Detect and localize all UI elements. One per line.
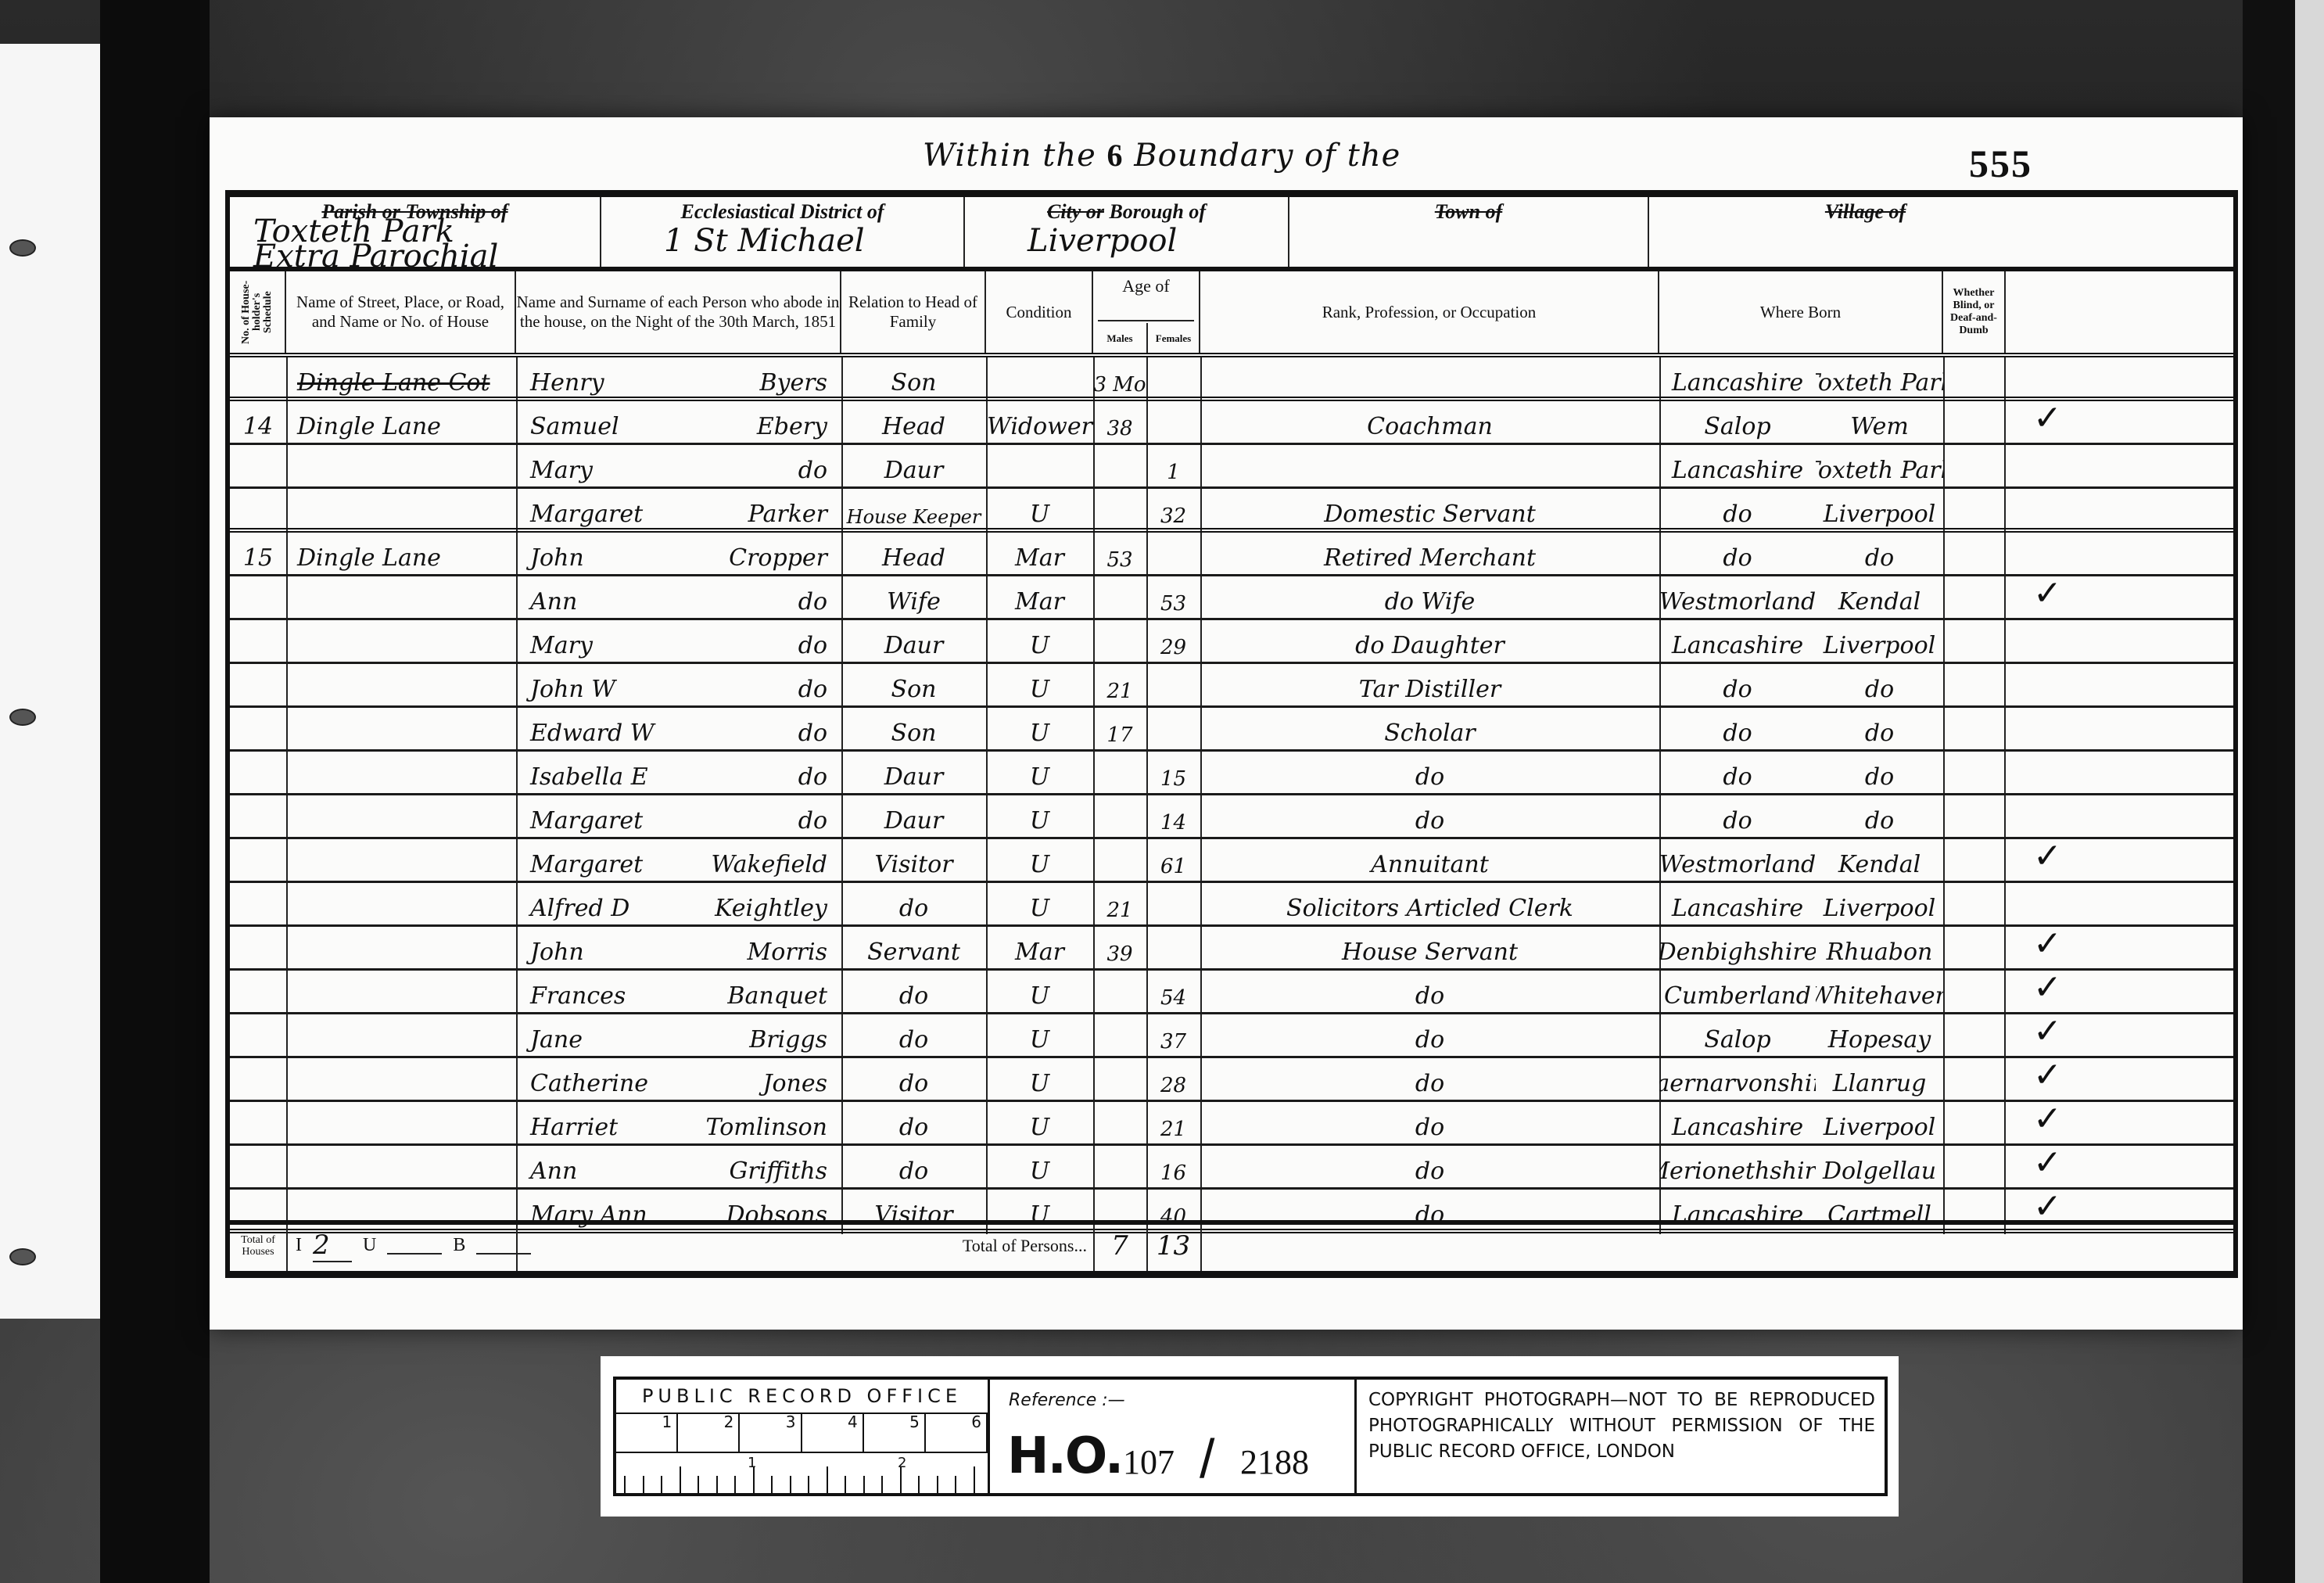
scale-number: 4 (802, 1412, 864, 1452)
cell-born-place: do (1816, 664, 1943, 708)
cell-born-county: do (1659, 664, 1816, 708)
table-row: MargaretdoDaurU14dododo (230, 795, 2233, 839)
table-row: JohnMorrisServantMar39House ServantDenbi… (230, 927, 2233, 971)
place-header: Parish or Township of Toxteth Park Extra… (230, 197, 2233, 271)
given-names: John (530, 939, 584, 966)
boundary-number: 6 (1107, 138, 1124, 173)
cell-male-age: 39 (1093, 927, 1146, 971)
cell-male-age: 53 (1093, 533, 1146, 576)
cell-born-place: Kendal (1816, 839, 1943, 883)
surname: Morris (748, 939, 827, 966)
cell-relation: do (841, 971, 986, 1014)
cell-condition: U (986, 620, 1093, 664)
ruler-label: 1 (748, 1455, 756, 1471)
surname: Cropper (729, 544, 827, 572)
table-row: AnndoWifeMar53do WifeWestmorlandKendal (230, 576, 2233, 620)
scale-number: 5 (864, 1412, 926, 1452)
ruler-tick (808, 1476, 809, 1493)
ruler-tick (661, 1476, 662, 1493)
cell-born-place: Whitehaven (1816, 971, 1943, 1014)
cell-schedule (230, 883, 286, 927)
surname: Ebery (757, 413, 827, 440)
table-row: MarydoDaurU29do DaughterLancashireLiverp… (230, 620, 2233, 664)
table-row: Isabella EdoDaurU15dododo (230, 752, 2233, 795)
cell-condition: U (986, 839, 1093, 883)
col-where-born: Where Born (1659, 271, 1943, 353)
table-row: JaneBriggsdoU37doSalopHopesay (230, 1014, 2233, 1058)
reference-code: H.O. (1007, 1427, 1122, 1485)
building-prefix: B (453, 1235, 465, 1256)
cell-occupation: do (1200, 971, 1659, 1014)
ecclesiastical-label: Ecclesiastical District of (601, 200, 963, 224)
ruler-tick (881, 1476, 883, 1493)
cell-schedule (230, 357, 286, 401)
cell-street (286, 708, 516, 752)
surname: Keightley (715, 895, 827, 922)
cell-female-age: 16 (1146, 1146, 1200, 1190)
cell-born-county: Caernarvonshire (1659, 1058, 1816, 1102)
cell-blind (1943, 1146, 2004, 1190)
ruler-tick (918, 1476, 920, 1493)
cell-born-county: Lancashire (1659, 1102, 1816, 1146)
cell-schedule (230, 971, 286, 1014)
cell-born-county: Merionethshire (1659, 1146, 1816, 1190)
col-females: Females (1146, 323, 1200, 353)
surname: Tomlinson (706, 1114, 827, 1141)
cell-name: JohnMorris (516, 927, 841, 971)
cell-occupation: do (1200, 1146, 1659, 1190)
cell-street (286, 620, 516, 664)
cell-street: Dingle Lane (286, 533, 516, 576)
punch-hole-icon (9, 239, 36, 257)
surname: Jones (762, 1070, 827, 1097)
cell-schedule (230, 1146, 286, 1190)
cell-born-county: Salop (1659, 1014, 1816, 1058)
cell-relation: House Keeper (841, 489, 986, 533)
uninhabited-prefix: U (363, 1235, 376, 1256)
cell-born-county: Denbighshire (1659, 927, 1816, 971)
col-relation: Relation to Head of Family (841, 271, 986, 353)
cell-schedule (230, 620, 286, 664)
cell-condition: Mar (986, 533, 1093, 576)
col-divider (286, 1225, 288, 1271)
binding-shadow (100, 0, 210, 1583)
given-names: John W (530, 676, 615, 703)
surname: Banquet (727, 982, 827, 1010)
col-divider (1200, 1225, 1202, 1271)
cell-born-county: do (1659, 489, 1816, 533)
ruler-tick (845, 1476, 846, 1493)
cell-female-age: 53 (1146, 576, 1200, 620)
cell-male-age (1093, 489, 1146, 533)
heading-text-end: Boundary of the (1134, 138, 1400, 174)
table-row: FrancesBanquetdoU54doCumberlandWhitehave… (230, 971, 2233, 1014)
cell-condition: U (986, 708, 1093, 752)
check-mark-icon: ✓ (2033, 1186, 2062, 1226)
cell-born-place: Liverpool (1816, 489, 1943, 533)
col-schedule-label: No. of House-holder's Schedule (241, 271, 274, 353)
surname: do (798, 763, 827, 791)
cell-occupation (1200, 357, 1659, 401)
cell-name: John Wdo (516, 664, 841, 708)
cell-born-place: Toxteth Park (1816, 445, 1943, 489)
check-mark-icon: ✓ (2033, 398, 2062, 438)
cell-born-place: Kendal (1816, 576, 1943, 620)
cell-male-age (1093, 971, 1146, 1014)
cell-female-age: 14 (1146, 795, 1200, 839)
record-office-stamp: PUBLIC RECORD OFFICE 123456 12 Reference… (601, 1356, 1899, 1517)
reference-series: 107 (1123, 1442, 1175, 1482)
cell-born-place: Wem (1816, 401, 1943, 445)
cell-street (286, 1014, 516, 1058)
cell-relation: Daur (841, 620, 986, 664)
census-table: Parish or Township of Toxteth Park Extra… (225, 190, 2238, 1278)
cell-street (286, 971, 516, 1014)
check-mark-icon: ✓ (2033, 573, 2062, 613)
cell-name: FrancesBanquet (516, 971, 841, 1014)
surname: Wakefield (711, 851, 827, 878)
given-names: Isabella E (530, 763, 648, 791)
cell-relation: Head (841, 401, 986, 445)
given-names: Edward W (530, 720, 655, 747)
surname: Parker (748, 501, 827, 528)
cell-condition: U (986, 971, 1093, 1014)
cell-schedule (230, 1014, 286, 1058)
borough-value: Liverpool (1028, 228, 1280, 253)
house-counts: I 2 U B (296, 1225, 515, 1266)
scale-number: 6 (926, 1412, 988, 1452)
cell-condition (986, 357, 1093, 401)
cell-blind (1943, 839, 2004, 883)
cell-condition: U (986, 489, 1093, 533)
cell-occupation: do Wife (1200, 576, 1659, 620)
cell-male-age (1093, 752, 1146, 795)
parish-cell: Parish or Township of Toxteth Park Extra… (230, 197, 601, 267)
cell-occupation (1200, 445, 1659, 489)
scale-number: 2 (678, 1412, 740, 1452)
given-names: Samuel (530, 413, 619, 440)
borough-label: City or Borough of (965, 200, 1288, 224)
cell-blind (1943, 576, 2004, 620)
cell-born-county: Westmorland (1659, 839, 1816, 883)
ruler-tick (863, 1476, 865, 1493)
col-age: Age of Males Females (1093, 271, 1200, 353)
cell-female-age: 21 (1146, 1102, 1200, 1146)
given-names: Jane (530, 1026, 583, 1054)
col-blind-label: Whether Blind, or Deaf-and-Dumb (1943, 271, 2006, 353)
cell-male-age (1093, 839, 1146, 883)
cell-name: Marydo (516, 445, 841, 489)
cell-condition: U (986, 752, 1093, 795)
cell-occupation: House Servant (1200, 927, 1659, 971)
cell-male-age: 3 Mo (1093, 357, 1146, 401)
punch-hole-icon (9, 709, 36, 726)
cell-blind (1943, 445, 2004, 489)
cell-female-age: 28 (1146, 1058, 1200, 1102)
cell-female-age: 61 (1146, 839, 1200, 883)
cell-street: Dingle Lane (286, 401, 516, 445)
col-street: Name of Street, Place, or Road, and Name… (286, 271, 516, 353)
scale-number: 1 (616, 1412, 678, 1452)
cell-street (286, 927, 516, 971)
cell-blind (1943, 708, 2004, 752)
cell-schedule (230, 664, 286, 708)
cell-occupation: Domestic Servant (1200, 489, 1659, 533)
cell-name: MargaretWakefield (516, 839, 841, 883)
cell-blind (1943, 664, 2004, 708)
cell-schedule (230, 489, 286, 533)
right-page-edge (2295, 0, 2324, 1583)
ruler-tick (716, 1476, 718, 1493)
cell-relation: Son (841, 708, 986, 752)
check-mark-icon: ✓ (2033, 1011, 2062, 1051)
boundary-heading: Within the 6 Boundary of the (923, 137, 1400, 174)
cell-relation: Wife (841, 576, 986, 620)
cell-schedule: 15 (230, 533, 286, 576)
cell-relation: do (841, 1102, 986, 1146)
scale-number: 3 (740, 1412, 802, 1452)
col-name: Name and Surname of each Person who abod… (516, 271, 841, 353)
borough-label-text: Borough of (1109, 200, 1206, 223)
cell-born-place: do (1816, 795, 1943, 839)
cell-relation: do (841, 1146, 986, 1190)
cell-male-age (1093, 620, 1146, 664)
totals-row: Total of Houses I 2 U B Total of Persons… (230, 1220, 2233, 1271)
cell-born-place: Liverpool (1816, 620, 1943, 664)
ruler-tick (680, 1466, 681, 1493)
cell-born-county: Westmorland (1659, 576, 1816, 620)
cell-female-age (1146, 927, 1200, 971)
age-rule (1098, 320, 1194, 321)
punch-hole-icon (9, 1248, 36, 1265)
table-row: MarydoDaur1LancashireToxteth Park (230, 445, 2233, 489)
cell-female-age: 1 (1146, 445, 1200, 489)
cell-blind (1943, 620, 2004, 664)
col-blind: Whether Blind, or Deaf-and-Dumb (1943, 271, 2233, 353)
cell-blind (1943, 533, 2004, 576)
cell-blind (1943, 489, 2004, 533)
cell-condition: U (986, 1146, 1093, 1190)
table-row: AnnGriffithsdoU16doMerionethshireDolgell… (230, 1146, 2233, 1190)
cell-blind (1943, 883, 2004, 927)
given-names: Alfred D (530, 895, 629, 922)
cell-born-county: Lancashire (1659, 445, 1816, 489)
col-occupation: Rank, Profession, or Occupation (1200, 271, 1659, 353)
cell-blind (1943, 1014, 2004, 1058)
cell-born-place: Liverpool (1816, 883, 1943, 927)
cell-blind (1943, 795, 2004, 839)
cell-schedule (230, 1102, 286, 1146)
ruler-tick (698, 1476, 699, 1493)
left-index-card (0, 44, 100, 1319)
cell-name: MargaretParker (516, 489, 841, 533)
cell-female-age (1146, 357, 1200, 401)
cell-born-county: Lancashire (1659, 357, 1816, 401)
cell-occupation: Scholar (1200, 708, 1659, 752)
cell-relation: Daur (841, 795, 986, 839)
given-names: Henry (530, 369, 604, 397)
cell-blind (1943, 752, 2004, 795)
cell-condition: U (986, 1058, 1093, 1102)
given-names: John (530, 544, 584, 572)
cell-street (286, 1058, 516, 1102)
given-names: Frances (530, 982, 626, 1010)
ruler: 12 (616, 1452, 988, 1493)
uninhabited-count (387, 1237, 442, 1255)
parish-value: Toxteth Park Extra Parochial (253, 219, 592, 269)
cell-street (286, 883, 516, 927)
given-names: Mary (530, 457, 593, 484)
cell-schedule: 14 (230, 401, 286, 445)
cell-name: AnnGriffiths (516, 1146, 841, 1190)
cell-relation: Son (841, 357, 986, 401)
col-age-label: Age of (1093, 276, 1199, 296)
ruler-label: 2 (898, 1455, 906, 1471)
col-condition: Condition (986, 271, 1093, 353)
cell-born-county: do (1659, 795, 1816, 839)
reference-slash: / (1200, 1427, 1214, 1490)
cell-schedule (230, 795, 286, 839)
total-persons-label: Total of Persons... (516, 1225, 1087, 1266)
cell-born-county: Lancashire (1659, 620, 1816, 664)
surname: Byers (760, 369, 827, 397)
cell-occupation: Retired Merchant (1200, 533, 1659, 576)
cell-street (286, 795, 516, 839)
reference-piece: 2188 (1240, 1442, 1309, 1482)
cell-condition: Mar (986, 927, 1093, 971)
borough-cell: City or Borough of Liverpool (965, 197, 1289, 267)
inhabited-count: 2 (313, 1229, 352, 1262)
given-names: Margaret (530, 851, 643, 878)
cell-blind (1943, 401, 2004, 445)
cell-born-place: do (1816, 708, 1943, 752)
table-row: Edward WdoSonU17Scholardodo (230, 708, 2233, 752)
cell-street: Dingle Lane Cot (286, 357, 516, 401)
census-rows: Dingle Lane CotHenryByersSon3 MoLancashi… (230, 357, 2233, 1234)
surname: do (798, 457, 827, 484)
cell-occupation: do (1200, 1102, 1659, 1146)
cell-male-age (1093, 1102, 1146, 1146)
col-schedule: No. of House-holder's Schedule (230, 271, 286, 353)
surname: do (798, 632, 827, 659)
cell-relation: Daur (841, 752, 986, 795)
ecclesiastical-cell: Ecclesiastical District of 1 St Michael (601, 197, 965, 267)
cell-male-age: 21 (1093, 883, 1146, 927)
cell-relation: Head (841, 533, 986, 576)
parish-value-line2: Extra Parochial (253, 244, 592, 269)
cell-occupation: Annuitant (1200, 839, 1659, 883)
cell-condition: U (986, 883, 1093, 927)
heading-text: Within the (923, 138, 1096, 174)
cell-street (286, 445, 516, 489)
cell-schedule (230, 445, 286, 489)
cell-street (286, 752, 516, 795)
given-names: Harriet (530, 1114, 618, 1141)
cell-occupation: do (1200, 1058, 1659, 1102)
cell-name: Alfred DKeightley (516, 883, 841, 927)
reference-label: Reference :— (1009, 1391, 1125, 1410)
ecclesiastical-value: 1 St Michael (664, 228, 956, 253)
cell-relation: Servant (841, 927, 986, 971)
table-row: Dingle Lane CotHenryByersSon3 MoLancashi… (230, 357, 2233, 401)
cell-street (286, 576, 516, 620)
ruler-tick (734, 1476, 736, 1493)
village-cell: Village of (1649, 197, 2238, 267)
cell-occupation: Solicitors Articled Clerk (1200, 883, 1659, 927)
town-label: Town of (1289, 200, 1648, 224)
folio-number: 555 (1969, 141, 2032, 186)
check-mark-icon: ✓ (2033, 924, 2062, 964)
cell-male-age: 17 (1093, 708, 1146, 752)
cell-female-age: 54 (1146, 971, 1200, 1014)
cell-occupation: Tar Distiller (1200, 664, 1659, 708)
cell-blind (1943, 1058, 2004, 1102)
ruler-tick (643, 1476, 644, 1493)
cell-schedule (230, 839, 286, 883)
total-males: 7 (1093, 1225, 1146, 1266)
cell-born-place: do (1816, 752, 1943, 795)
given-names: Margaret (530, 807, 643, 835)
pro-scale-box: PUBLIC RECORD OFFICE 123456 12 (616, 1380, 990, 1493)
cell-born-county: Lancashire (1659, 883, 1816, 927)
cell-name: Margaretdo (516, 795, 841, 839)
ruler-tick (955, 1476, 956, 1493)
cell-street (286, 664, 516, 708)
cell-schedule (230, 576, 286, 620)
cell-name: JaneBriggs (516, 1014, 841, 1058)
cell-born-county: Salop (1659, 401, 1816, 445)
cell-male-age (1093, 795, 1146, 839)
cell-born-place: do (1816, 533, 1943, 576)
cell-male-age (1093, 1014, 1146, 1058)
surname: Briggs (749, 1026, 827, 1054)
check-mark-icon: ✓ (2033, 1099, 2062, 1139)
cell-occupation: do (1200, 795, 1659, 839)
table-row: 15Dingle LaneJohnCropperHeadMar53Retired… (230, 533, 2233, 576)
reference-box: Reference :— H.O. 107 / 2188 (990, 1380, 1357, 1493)
cell-schedule (230, 752, 286, 795)
cell-schedule (230, 1058, 286, 1102)
check-mark-icon: ✓ (2033, 1055, 2062, 1095)
cell-male-age: 38 (1093, 401, 1146, 445)
cell-condition: U (986, 1102, 1093, 1146)
cell-condition: Mar (986, 576, 1093, 620)
cell-blind (1943, 971, 2004, 1014)
given-names: Catherine (530, 1070, 648, 1097)
cell-born-county: do (1659, 708, 1816, 752)
borough-label-struck: City or (1047, 200, 1104, 223)
check-mark-icon: ✓ (2033, 967, 2062, 1007)
cell-female-age: 32 (1146, 489, 1200, 533)
cell-female-age: 29 (1146, 620, 1200, 664)
given-names: Mary (530, 632, 593, 659)
cell-relation: Visitor (841, 839, 986, 883)
table-row: CatherineJonesdoU28doCaernarvonshireLlan… (230, 1058, 2233, 1102)
total-houses-label: Total of Houses (230, 1225, 286, 1266)
surname: do (798, 588, 827, 616)
table-row: 14Dingle LaneSamuelEberyHeadWidower38Coa… (230, 401, 2233, 445)
ruler-tick (827, 1466, 828, 1493)
ruler-tick (771, 1476, 773, 1493)
cell-name: HarrietTomlinson (516, 1102, 841, 1146)
cell-relation: do (841, 1058, 986, 1102)
cell-occupation: do (1200, 1014, 1659, 1058)
cell-born-place: Liverpool (1816, 1102, 1943, 1146)
cell-name: HenryByers (516, 357, 841, 401)
cell-occupation: do (1200, 752, 1659, 795)
cell-street (286, 839, 516, 883)
cell-born-county: Cumberland (1659, 971, 1816, 1014)
